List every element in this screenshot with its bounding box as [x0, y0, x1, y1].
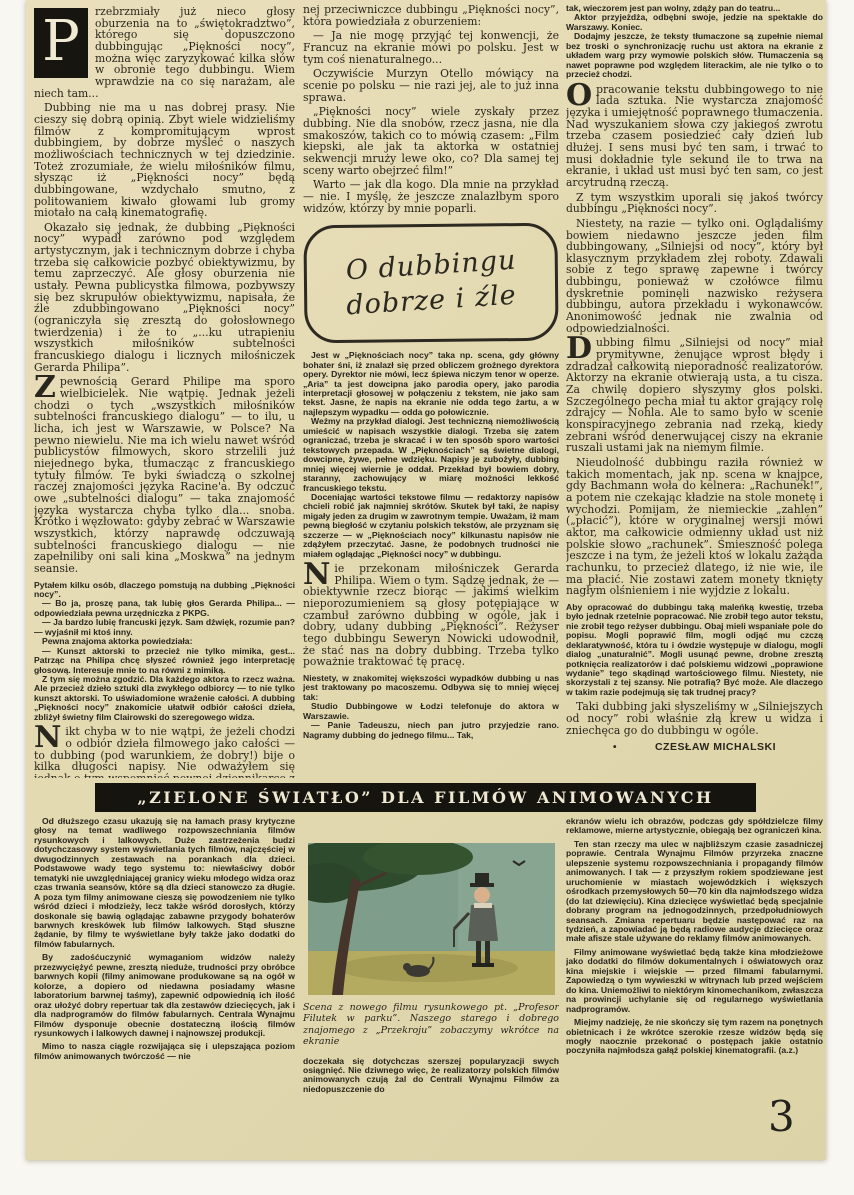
paragraph: Ten stan rzeczy ma ulec w najbliższym cz…	[566, 840, 823, 944]
dropcap-d: D	[566, 338, 592, 360]
magazine-page: Przebrzmiały już nieco głosy oburzenia n…	[0, 0, 854, 1195]
dropcap-n: N	[303, 564, 330, 586]
paragraph: Oczywiście Murzyn Otello mówiący na scen…	[303, 68, 559, 103]
paragraph: Weźmy na przykład dialogi. Jest technicz…	[303, 417, 559, 493]
paragraph: Warto — jak dla kogo. Dla mnie na przykł…	[303, 179, 559, 214]
paragraph: Dodajmy jeszcze, że teksty tłumaczone są…	[566, 32, 823, 79]
paragraph-text: ie przekonam miłośniczek Gerarda Philipa…	[303, 562, 559, 668]
dubbing-left-column: Przebrzmiały już nieco głosy oburzenia n…	[34, 6, 295, 778]
paragraph: Aktor przyjeżdża, odbębni swoje, jedzie …	[566, 13, 823, 32]
paragraph: Studio Dubbingowe w Łodzi telefonuje do …	[303, 702, 559, 721]
animation-left-column: Od dłuższego czasu ukazują się na łamach…	[34, 817, 295, 1122]
paragraph: Z tym wszystkim uporali się jakoś twórcy…	[566, 192, 823, 215]
author-byline: • CZESŁAW MICHALSKI	[566, 741, 823, 753]
paragraph: — Kunszt aktorski to przecież nie tylko …	[34, 647, 295, 675]
critique-block: Aby opracować do dubbingu taką maleńką k…	[566, 603, 823, 698]
paragraph: Okazało się jednak, że dubbing „Pięknośc…	[34, 222, 295, 374]
paragraph: Dubbing filmu „Silniejsi od nocy” miał p…	[566, 337, 823, 454]
dubbing-middle-column: nej przeciwniczce dubbingu „Piękności no…	[303, 4, 559, 778]
paragraph: Doceniając wartości tekstowe filmu — red…	[303, 493, 559, 559]
animation-middle-column: Scena z nowego filmu rysunkowego pt. „Pr…	[303, 818, 559, 1148]
paragraph: Zpewnością Gerard Philipe ma sporo wielb…	[34, 376, 295, 574]
paragraph: Od dłuższego czasu ukazują się na łamach…	[34, 817, 295, 949]
cartoon-illustration	[308, 843, 555, 995]
illustration-caption: Scena z nowego filmu rysunkowego pt. „Pr…	[303, 1002, 559, 1048]
paragraph: ekranów wielu ich obrazów, podczas gdy s…	[566, 817, 823, 836]
paragraph: Nieudolność dubbingu raziła również w ta…	[566, 457, 823, 597]
paragraph: Miejmy nadzieję, że nie skończy się tym …	[566, 1018, 823, 1056]
paragraph-text: pewnością Gerard Philipe ma sporo wielbi…	[34, 375, 295, 575]
paragraph-text: ikt chyba w to nie wątpi, że jeżeli chod…	[34, 725, 295, 778]
paragraph: — Panie Tadeuszu, niech pan jutro przyje…	[303, 721, 559, 740]
paragraph-text: pracowanie tekstu dubbingowego to nie la…	[566, 83, 823, 189]
paragraph: doczekała się dotychczas szerszej popula…	[303, 1057, 559, 1095]
dropcap-z: Z	[34, 377, 56, 399]
page-number: 3	[768, 1092, 795, 1141]
paragraph: Niestety, na razie — tylko oni. Oglądali…	[566, 218, 823, 335]
paragraph: Pytałem kilku osób, dlaczego pomstują na…	[34, 581, 295, 600]
paragraph: Niestety, w znakomitej większości wypadk…	[303, 674, 559, 702]
paragraph: Nikt chyba w to nie wątpi, że jeżeli cho…	[34, 726, 295, 778]
paragraph: „Piękności nocy” wiele zyskały przez dub…	[303, 106, 559, 176]
dubbing-right-column: tak, wieczorem jest pan wolny, zdąży pan…	[566, 4, 823, 778]
separator-dot: •	[613, 742, 617, 753]
anecdote-block: Niestety, w znakomitej większości wypadk…	[303, 674, 559, 740]
paragraph: Opracowanie tekstu dubbingowego to nie l…	[566, 84, 823, 189]
section-headline-banner: „ZIELONE ŚWIATŁO” DLA FILMÓW ANIMOWANYCH	[95, 783, 756, 812]
paragraph: Filmy animowane wyświetlać będą także ki…	[566, 948, 823, 1014]
dropcap-n: N	[34, 727, 61, 749]
paragraph: — Ja nie mogę przyjąć tej konwencji, że …	[303, 30, 559, 65]
paragraph: Z tym się można zgodzić. Dla każdego akt…	[34, 675, 295, 722]
paragraph: — Ja bardzo lubię francuski język. Sam d…	[34, 618, 295, 637]
paragraph-text: ubbing filmu „Silniejsi od nocy” miał pr…	[566, 336, 823, 454]
interview-block: Pytałem kilku osób, dlaczego pomstują na…	[34, 581, 295, 723]
paragraph: Jest w „Pięknościach nocy” taka np. scen…	[303, 351, 559, 417]
paragraph: nej przeciwniczce dubbingu „Piękności no…	[303, 4, 559, 27]
paragraph: By zadośćuczynić wymaganiom widzów należ…	[34, 953, 295, 1038]
dropcap-p: P	[34, 8, 88, 78]
commentary-block: Jest w „Pięknościach nocy” taka np. scen…	[303, 351, 559, 559]
paragraph: Dubbing nie ma u nas dobrej prasy. Nie c…	[34, 102, 295, 219]
animation-right-column: ekranów wielu ich obrazów, podczas gdy s…	[566, 817, 823, 1129]
paragraph: Nie przekonam miłośniczek Gerarda Philip…	[303, 563, 559, 668]
article-title-box: O dubbingu dobrze i źle	[303, 223, 558, 344]
section-headline: „ZIELONE ŚWIATŁO” DLA FILMÓW ANIMOWANYCH	[137, 788, 713, 807]
paragraph: — Bo ja, proszę pana, tak lubię głos Ger…	[34, 599, 295, 618]
paragraph: Przebrzmiały już nieco głosy oburzenia n…	[34, 6, 295, 99]
author-name: CZESŁAW MICHALSKI	[655, 741, 776, 753]
dropcap-o: O	[566, 85, 592, 107]
paragraph: Mimo to nasza ciągle rozwijająca się i u…	[34, 1042, 295, 1061]
paragraph: Taki dubbing jaki słyszeliśmy w „Silniej…	[566, 701, 823, 736]
paragraph: Aby opracować do dubbingu taką maleńką k…	[566, 603, 823, 698]
anecdote-continuation-block: tak, wieczorem jest pan wolny, zdąży pan…	[566, 4, 823, 80]
